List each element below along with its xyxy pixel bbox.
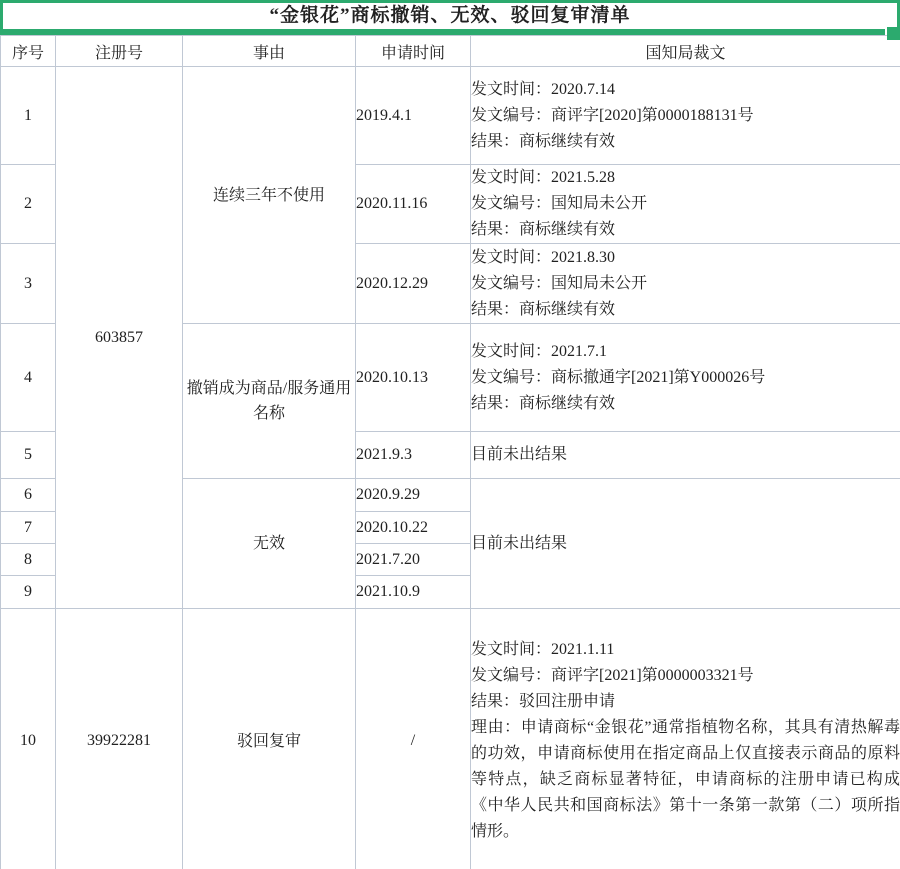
ruling-line: 发文编号：商评字[2021]第0000003321号	[471, 663, 900, 689]
serial-cell[interactable]: 6	[1, 479, 56, 512]
date-cell[interactable]: 2021.9.3	[356, 432, 471, 479]
date-cell[interactable]: 2020.12.29	[356, 244, 471, 324]
serial-cell[interactable]: 9	[1, 576, 56, 609]
col-header-ruling[interactable]: 国知局裁文	[471, 36, 900, 67]
reason-cell-generic-name[interactable]: 撤销成为商品/服务通用名称	[183, 324, 356, 479]
serial-cell[interactable]: 3	[1, 244, 56, 324]
ruling-line: 结果：商标继续有效	[471, 217, 900, 243]
table-row-10: 10 39922281 驳回复审 / 发文时间：2021.1.11 发文编号：商…	[1, 609, 900, 869]
ruling-line: 发文时间：2021.5.28	[471, 165, 900, 191]
ruling-line: 结果：商标继续有效	[471, 391, 900, 417]
ruling-reason-paragraph: 理由：申请商标“金银花”通常指植物名称，其具有清热解毒的功效，申请商标使用在指定…	[471, 715, 900, 845]
date-cell[interactable]: 2020.10.22	[356, 512, 471, 544]
ruling-cell[interactable]: 目前未出结果	[471, 432, 900, 479]
reason-cell-nonuse[interactable]: 连续三年不使用	[183, 67, 356, 324]
registration-cell-603857[interactable]: 603857	[56, 67, 183, 609]
col-header-reason[interactable]: 事由	[183, 36, 356, 67]
date-cell[interactable]: 2020.9.29	[356, 479, 471, 512]
serial-cell[interactable]: 4	[1, 324, 56, 432]
ruling-line: 发文编号：国知局未公开	[471, 271, 900, 297]
ruling-line: 结果：商标继续有效	[471, 129, 900, 155]
date-cell[interactable]: 2021.10.9	[356, 576, 471, 609]
date-cell[interactable]: 2019.4.1	[356, 67, 471, 165]
serial-cell[interactable]: 5	[1, 432, 56, 479]
serial-cell[interactable]: 10	[1, 609, 56, 869]
col-header-registration[interactable]: 注册号	[56, 36, 183, 67]
ruling-cell[interactable]: 发文时间：2021.1.11 发文编号：商评字[2021]第0000003321…	[471, 609, 900, 869]
table-row-1: 1 603857 连续三年不使用 2019.4.1 发文时间：2020.7.14…	[1, 67, 900, 165]
selection-fill-handle[interactable]	[887, 27, 900, 40]
ruling-line: 发文时间：2020.7.14	[471, 77, 900, 103]
serial-cell[interactable]: 1	[1, 67, 56, 165]
ruling-line: 结果：驳回注册申请	[471, 689, 900, 715]
ruling-line: 目前未出结果	[471, 531, 900, 557]
ruling-line: 目前未出结果	[471, 442, 900, 468]
ruling-line: 发文时间：2021.1.11	[471, 637, 900, 663]
col-header-date[interactable]: 申请时间	[356, 36, 471, 67]
ruling-line: 发文时间：2021.8.30	[471, 245, 900, 271]
ruling-cell-pending[interactable]: 目前未出结果	[471, 479, 900, 609]
date-cell[interactable]: 2020.10.13	[356, 324, 471, 432]
title-cell[interactable]: “金银花”商标撤销、无效、驳回复审清单	[0, 0, 900, 29]
reason-cell-rejection-review[interactable]: 驳回复审	[183, 609, 356, 869]
ruling-line: 发文时间：2021.7.1	[471, 339, 900, 365]
col-header-no[interactable]: 序号	[1, 36, 56, 67]
ruling-cell[interactable]: 发文时间：2020.7.14 发文编号：商评字[2020]第0000188131…	[471, 67, 900, 165]
date-cell[interactable]: /	[356, 609, 471, 869]
serial-cell[interactable]: 8	[1, 544, 56, 576]
ruling-cell[interactable]: 发文时间：2021.5.28 发文编号：国知局未公开 结果：商标继续有效	[471, 165, 900, 244]
ruling-line: 发文编号：商评字[2020]第0000188131号	[471, 103, 900, 129]
ruling-cell[interactable]: 发文时间：2021.8.30 发文编号：国知局未公开 结果：商标继续有效	[471, 244, 900, 324]
serial-cell[interactable]: 7	[1, 512, 56, 544]
ruling-line: 结果：商标继续有效	[471, 297, 900, 323]
trademark-review-table: 序号 注册号 事由 申请时间 国知局裁文 1 603857 连续三年不使用 20…	[0, 35, 900, 869]
ruling-line: 发文编号：国知局未公开	[471, 191, 900, 217]
ruling-cell[interactable]: 发文时间：2021.7.1 发文编号：商标撤通字[2021]第Y000026号 …	[471, 324, 900, 432]
selection-bottom-border	[0, 29, 885, 35]
header-row: 序号 注册号 事由 申请时间 国知局裁文	[1, 36, 900, 67]
reason-cell-invalidation[interactable]: 无效	[183, 479, 356, 609]
serial-cell[interactable]: 2	[1, 165, 56, 244]
date-cell[interactable]: 2020.11.16	[356, 165, 471, 244]
registration-cell-39922281[interactable]: 39922281	[56, 609, 183, 869]
date-cell[interactable]: 2021.7.20	[356, 544, 471, 576]
title-row: “金银花”商标撤销、无效、驳回复审清单	[0, 0, 900, 35]
spreadsheet-page: “金银花”商标撤销、无效、驳回复审清单 序号 注册号 事由 申请时间 国知局裁文…	[0, 0, 900, 869]
ruling-line: 发文编号：商标撤通字[2021]第Y000026号	[471, 365, 900, 391]
